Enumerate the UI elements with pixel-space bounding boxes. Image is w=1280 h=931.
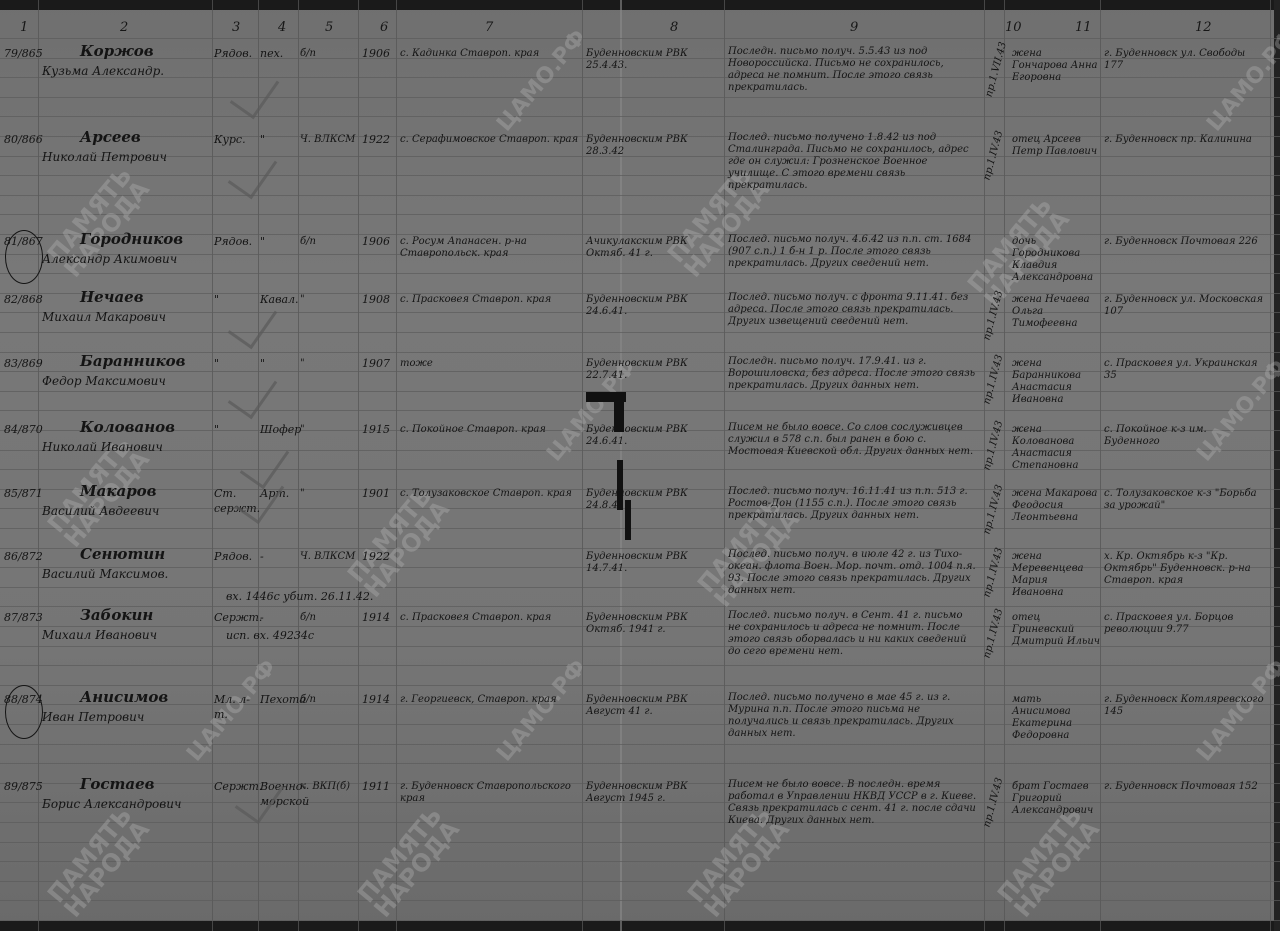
row-relative: жена Макарова Феодосия Леонтьевна [1012,488,1100,524]
row-notes: Послед. письмо получ. 16.11.41 из п.п. 5… [728,486,978,522]
row-rank: Рядов. [214,549,258,564]
row-year: 1907 [362,356,396,371]
row-address: г. Буденновск Почтовая 226 [1104,236,1264,248]
row-rank: " [214,422,258,437]
row-branch: " [260,356,300,371]
column-rule [396,0,397,931]
row-notes: Послед. письмо получено в мае 45 г. из г… [728,692,978,740]
column-number-7: 7 [485,20,493,35]
pencil-check-mark [228,366,278,419]
row-notes: Послед. письмо получ. с фронта 9.11.41. … [728,292,978,328]
row-party: б/п [300,236,358,248]
row-rule [0,606,1280,607]
column-rule [358,0,359,931]
column-rule [1100,0,1101,931]
column-rule [582,0,583,931]
row-branch: Пехота [260,692,300,707]
row-rule [0,195,1280,196]
row-rule [0,861,1280,862]
row-notes: Послед. письмо получ. в июле 42 г. из Ти… [728,549,978,597]
column-number-4: 4 [278,20,286,35]
row-draft: Буденновским РВК 22.7.41. [586,358,724,382]
circled-number-mark [5,685,43,739]
row-party: к. ВКП(б) [300,781,358,793]
row-birthplace: г. Георгиевск, Ставроп. края [400,694,580,706]
row-surname: Колованов [80,420,210,435]
row-relative: жена Гончарова Анна Егоровна [1012,48,1100,84]
column-number-3: 3 [232,20,240,35]
row-given: Николай Иванович [42,440,212,455]
row-branch: " [260,234,300,249]
row-notes: Послед. письмо получ. 4.6.42 из п.п. ст.… [728,234,978,270]
watermark-text: ЦАМО.РФ [494,656,591,765]
column-number-2: 2 [120,20,128,35]
row-given: Михаил Макарович [42,310,212,325]
row-rank: Рядов. [214,234,258,249]
row-rule [0,763,1280,764]
row-relative: отец Арсеев Петр Павлович [1012,134,1100,158]
row-surname: Баранников [80,354,210,369]
row-relative: жена Нечаева Ольга Тимофеевна [1012,294,1100,330]
row-rule [0,528,1280,529]
row-rule [0,685,1280,686]
pencil-check-mark [230,66,280,119]
row-draft: Буденновским РВК 24.6.41. [586,294,724,318]
row-party: б/п [300,694,358,706]
row-year: 1906 [362,234,396,249]
document-scan: ЦАМО.РФЦАМО.РФПАМЯТЬ НАРОДАПАМЯТЬ НАРОДА… [0,0,1280,931]
row-surname: Нечаев [80,290,210,305]
row-surname: Макаров [80,484,210,499]
row-relative: жена Меревенцева Мария Ивановна [1012,551,1100,599]
row-rule [0,38,1280,39]
pencil-check-mark [235,471,285,524]
row-no: 79/865 [4,46,38,61]
column-rule [212,0,213,931]
row-surname: Городников [80,232,210,247]
row-address: г. Буденновск Котляревского 145 [1104,694,1264,718]
row-notes: Писем не было вовсе. В последн. время ра… [728,779,978,827]
row-draft: Ачикулакским РВК Октяб. 41 г. [586,236,724,260]
row-surname: Анисимов [80,690,210,705]
row-rank: Курс. [214,132,258,147]
row-birthplace: с. Кадинка Ставроп. края [400,48,580,60]
verification-mark: пр.1.IV.43 [982,419,1006,471]
row-year: 1911 [362,779,396,794]
row-given: Борис Александрович [42,797,212,812]
row-no: 84/870 [4,422,38,437]
column-rule [724,0,725,931]
row-notes: Писем не было вовсе. Со слов сослуживцев… [728,422,978,458]
row-given: Кузьма Александр. [42,64,212,79]
row-birthplace: тоже [400,358,580,370]
row-given: Николай Петрович [42,150,212,165]
row-year: 1914 [362,692,396,707]
paper-tear [625,500,631,540]
row-draft: Буденновским РВК 14.7.41. [586,551,724,575]
row-rule [0,97,1280,98]
row-year: 1922 [362,132,396,147]
row-birthplace: с. Серафимовское Ставроп. края [400,134,580,146]
row-given: Михаил Иванович [42,628,212,643]
row-branch: " [260,132,300,147]
row-address: г. Буденновск ул. Московская 107 [1104,294,1264,318]
row-party: " [300,294,358,306]
row-party: " [300,488,358,500]
watermark-text: ЦАМО.РФ [1204,26,1280,135]
row-rule [0,332,1280,333]
watermark-text: ПАМЯТЬ НАРОДА [44,803,153,921]
row-rule [0,881,1280,882]
row-rule [0,175,1280,176]
row-party: " [300,424,358,436]
row-party: б/п [300,48,358,60]
column-rule [1270,0,1271,931]
scan-edge-right [1274,0,1280,931]
verification-mark: пр.1.VII.43 [984,41,1009,99]
row-rule [0,352,1280,353]
row-address: с. Прасковея ул. Борцов революции 9.77 [1104,612,1264,636]
row-relative: дочь Городникова Клавдия Александровна [1012,236,1100,284]
watermark-text: ЦАМО.РФ [494,26,591,135]
column-number-5: 5 [325,20,333,35]
row-surname: Гостаев [80,777,210,792]
row-address: с. Толузаковское к-з "Борьба за урожай" [1104,488,1264,512]
column-number-10: 10 [1005,20,1022,35]
row-year: 1908 [362,292,396,307]
row-surname: Сенютин [80,547,210,562]
row-annotation: исп. вх. 49234с [226,628,426,643]
row-no: 83/869 [4,356,38,371]
row-no: 85/871 [4,486,38,501]
row-no: 82/868 [4,292,38,307]
row-birthplace: с. Покойное Ставроп. края [400,424,580,436]
row-relative: жена Колованова Анастасия Степановна [1012,424,1100,472]
row-rank: Мл. л-т. [214,692,258,722]
row-draft: Буденновским РВК 24.8.41. [586,488,724,512]
row-surname: Арсеев [80,130,210,145]
row-year: 1906 [362,46,396,61]
row-given: Федор Максимович [42,374,212,389]
row-surname: Коржов [80,44,210,59]
row-address: г. Буденновск Почтовая 152 [1104,781,1264,793]
paper-tear [617,460,623,510]
row-relative: отец Гриневский Дмитрий Ильич [1012,612,1100,648]
row-birthplace: с. Прасковея Ставроп. края [400,294,580,306]
row-annotation: вх. 1446с убит. 26.11.42. [226,589,426,604]
watermark-text: ПАМЯТЬ НАРОДА [344,483,453,601]
circled-number-mark [5,230,43,284]
row-address: х. Кр. Октябрь к-з "Кр. Октябрь" Буденно… [1104,551,1264,587]
row-address: с. Прасковея ул. Украинская 35 [1104,358,1264,382]
row-rule [0,410,1280,411]
row-party: Ч. ВЛКСМ [300,551,358,563]
row-party: " [300,358,358,370]
row-no: 89/875 [4,779,38,794]
row-rule [0,214,1280,215]
row-notes: Послед. письмо получено 1.8.42 из под Ст… [728,132,978,192]
row-draft: Буденновским РВК Октяб. 1941 г. [586,612,724,636]
row-draft: Буденновским РВК 28.3.42 [586,134,724,158]
verification-mark: пр.1.IV.43 [982,607,1006,659]
column-number-8: 8 [670,20,678,35]
column-number-12: 12 [1195,20,1212,35]
row-birthplace: с. Росум Апанасен. р-на Ставропольск. кр… [400,236,580,260]
row-address: г. Буденновск пр. Калинина [1104,134,1264,146]
row-relative: мать Анисимова Екатерина Федоровна [1012,694,1100,742]
row-branch: Шофер [260,422,300,437]
column-number-11: 11 [1075,20,1092,35]
row-no: 87/873 [4,610,38,625]
row-address: г. Буденновск ул. Свободы 177 [1104,48,1264,72]
scan-edge-bottom [0,921,1280,931]
row-year: 1915 [362,422,396,437]
row-rule [0,116,1280,117]
verification-mark: пр.1.IV.43 [982,546,1006,598]
column-rule [1004,0,1005,931]
row-branch: пех. [260,46,300,61]
row-draft: Буденновским РВК 25.4.43. [586,48,724,72]
watermark-text: ПАМЯТЬ НАРОДА [354,803,463,921]
row-notes: Последн. письмо получ. 5.5.43 из под Нов… [728,46,978,94]
row-given: Александр Акимович [42,252,212,267]
row-notes: Послед. письмо получ. в Сент. 41 г. пись… [728,610,978,658]
row-no: 86/872 [4,549,38,564]
row-surname: Забокин [80,608,210,623]
row-relative: жена Баранникова Анастасия Ивановна [1012,358,1100,406]
row-birthplace: с. Прасковея Ставроп. края [400,612,580,624]
row-rank: Сержт. [214,610,258,625]
row-rank: Рядов. [214,46,258,61]
pencil-check-mark [228,146,278,199]
row-given: Василий Максимов. [42,567,212,582]
column-number-9: 9 [850,20,858,35]
row-year: 1914 [362,610,396,625]
row-notes: Последн. письмо получ. 17.9.41. из г. Во… [728,356,978,392]
scan-edge-top [0,0,1280,10]
row-party: б/п [300,612,358,624]
row-birthplace: г. Буденновск Ставропольского края [400,781,580,805]
row-branch: - [260,610,300,625]
row-party: Ч. ВЛКСМ [300,134,358,146]
row-address: с. Покойное к-з им. Буденного [1104,424,1264,448]
row-no: 80/866 [4,132,38,147]
row-given: Иван Петрович [42,710,212,725]
row-draft: Буденновским РВК Август 1945 г. [586,781,724,805]
paper-tear [614,392,624,432]
verification-mark: пр.1.IV.43 [982,353,1006,405]
row-rule [0,920,1280,921]
column-number-6: 6 [380,20,388,35]
row-draft: Буденновским РВК Август 41 г. [586,694,724,718]
row-year: 1901 [362,486,396,501]
column-number-1: 1 [20,20,28,35]
row-birthplace: с. Толузаковское Ставроп. края [400,488,580,500]
watermark-text: ПАМЯТЬ НАРОДА [994,803,1103,921]
row-branch: - [260,549,300,564]
row-year: 1922 [362,549,396,564]
row-rule [0,900,1280,901]
row-draft: Буденновским РВК 24.6.41. [586,424,724,448]
row-given: Василий Авдеевич [42,504,212,519]
row-rule [0,665,1280,666]
row-relative: брат Гостаев Григорий Александрович [1012,781,1100,817]
